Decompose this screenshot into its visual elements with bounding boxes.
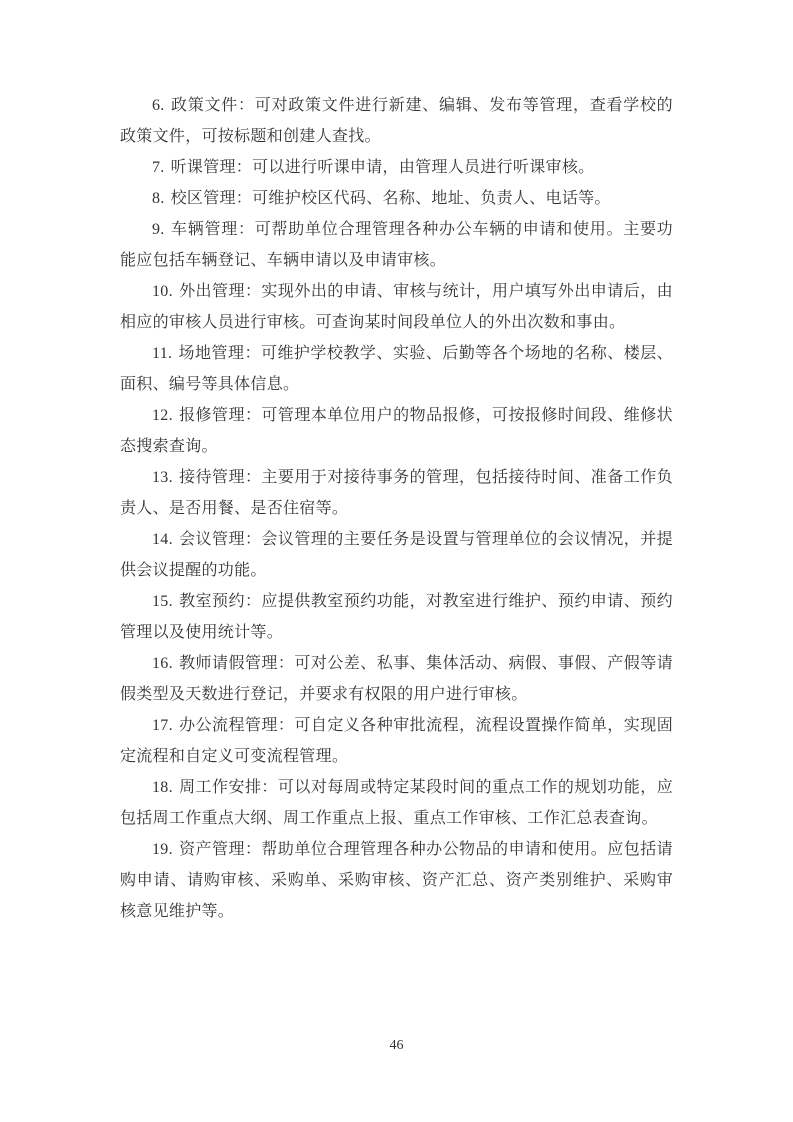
item-number: 19. bbox=[152, 841, 173, 858]
item-title: 周工作安排： bbox=[179, 779, 278, 796]
item-number: 14. bbox=[152, 531, 173, 548]
item-title: 教师请假管理： bbox=[179, 655, 294, 672]
item-number: 12. bbox=[152, 407, 173, 424]
paragraph-office-workflow-management: 17.办公流程管理：可自定义各种审批流程，流程设置操作简单，实现固定流程和自定义… bbox=[120, 710, 673, 772]
item-title: 资产管理： bbox=[179, 841, 262, 858]
item-number: 8. bbox=[152, 190, 165, 207]
item-title: 会议管理： bbox=[179, 531, 262, 548]
paragraph-policy-files: 6.政策文件：可对政策文件进行新建、编辑、发布等管理，查看学校的政策文件，可按标… bbox=[120, 90, 673, 152]
paragraph-weekly-work-schedule: 18.周工作安排：可以对每周或特定某段时间的重点工作的规划功能，应包括周工作重点… bbox=[120, 772, 673, 834]
paragraph-teacher-leave-management: 16.教师请假管理：可对公差、私事、集体活动、病假、事假、产假等请假类型及天数进… bbox=[120, 648, 673, 710]
item-number: 7. bbox=[152, 159, 165, 176]
paragraph-classroom-reservation: 15.教室预约：应提供教室预约功能，对教室进行维护、预约申请、预约管理以及使用统… bbox=[120, 586, 673, 648]
paragraph-meeting-management: 14.会议管理：会议管理的主要任务是设置与管理单位的会议情况，并提供会议提醒的功… bbox=[120, 524, 673, 586]
item-title: 办公流程管理： bbox=[179, 717, 294, 734]
item-title: 场地管理： bbox=[178, 345, 261, 362]
paragraph-reception-management: 13.接待管理：主要用于对接待事务的管理，包括接待时间、准备工作负责人、是否用餐… bbox=[120, 462, 673, 524]
page-number: 46 bbox=[0, 1038, 793, 1054]
item-title: 外出管理： bbox=[179, 283, 262, 300]
item-description: 可以进行听课申请，由管理人员进行听课审核。 bbox=[252, 159, 594, 176]
item-number: 11. bbox=[152, 345, 172, 362]
item-description: 可维护校区代码、名称、地址、负责人、电话等。 bbox=[252, 190, 611, 207]
item-number: 18. bbox=[152, 779, 173, 796]
item-number: 10. bbox=[152, 283, 173, 300]
item-title: 听课管理： bbox=[171, 159, 253, 176]
paragraph-campus-management: 8.校区管理：可维护校区代码、名称、地址、负责人、电话等。 bbox=[120, 183, 673, 214]
item-number: 16. bbox=[152, 655, 173, 672]
item-title: 接待管理： bbox=[179, 469, 262, 486]
item-number: 17. bbox=[152, 717, 173, 734]
paragraph-asset-management: 19.资产管理：帮助单位合理管理各种办公物品的申请和使用。应包括请购申请、请购审… bbox=[120, 834, 673, 927]
item-title: 政策文件： bbox=[171, 97, 255, 114]
item-title: 车辆管理： bbox=[171, 221, 255, 238]
document-page: 6.政策文件：可对政策文件进行新建、编辑、发布等管理，查看学校的政策文件，可按标… bbox=[0, 0, 793, 1122]
paragraph-outing-management: 10.外出管理：实现外出的申请、审核与统计，用户填写外出申请后，由相应的审核人员… bbox=[120, 276, 673, 338]
item-number: 15. bbox=[152, 593, 173, 610]
item-number: 13. bbox=[152, 469, 173, 486]
paragraph-lecture-attendance: 7.听课管理：可以进行听课申请，由管理人员进行听课审核。 bbox=[120, 152, 673, 183]
item-number: 6. bbox=[152, 97, 165, 114]
paragraph-vehicle-management: 9.车辆管理：可帮助单位合理管理各种办公车辆的申请和使用。主要功能应包括车辆登记… bbox=[120, 214, 673, 276]
item-title: 教室预约： bbox=[179, 593, 262, 610]
document-body: 6.政策文件：可对政策文件进行新建、编辑、发布等管理，查看学校的政策文件，可按标… bbox=[120, 90, 673, 927]
item-title: 校区管理： bbox=[171, 190, 253, 207]
item-title: 报修管理： bbox=[179, 407, 262, 424]
paragraph-repair-management: 12.报修管理：可管理本单位用户的物品报修，可按报修时间段、维修状态搜索查询。 bbox=[120, 400, 673, 462]
item-number: 9. bbox=[152, 221, 165, 238]
paragraph-venue-management: 11.场地管理：可维护学校教学、实验、后勤等各个场地的名称、楼层、面积、编号等具… bbox=[120, 338, 673, 400]
